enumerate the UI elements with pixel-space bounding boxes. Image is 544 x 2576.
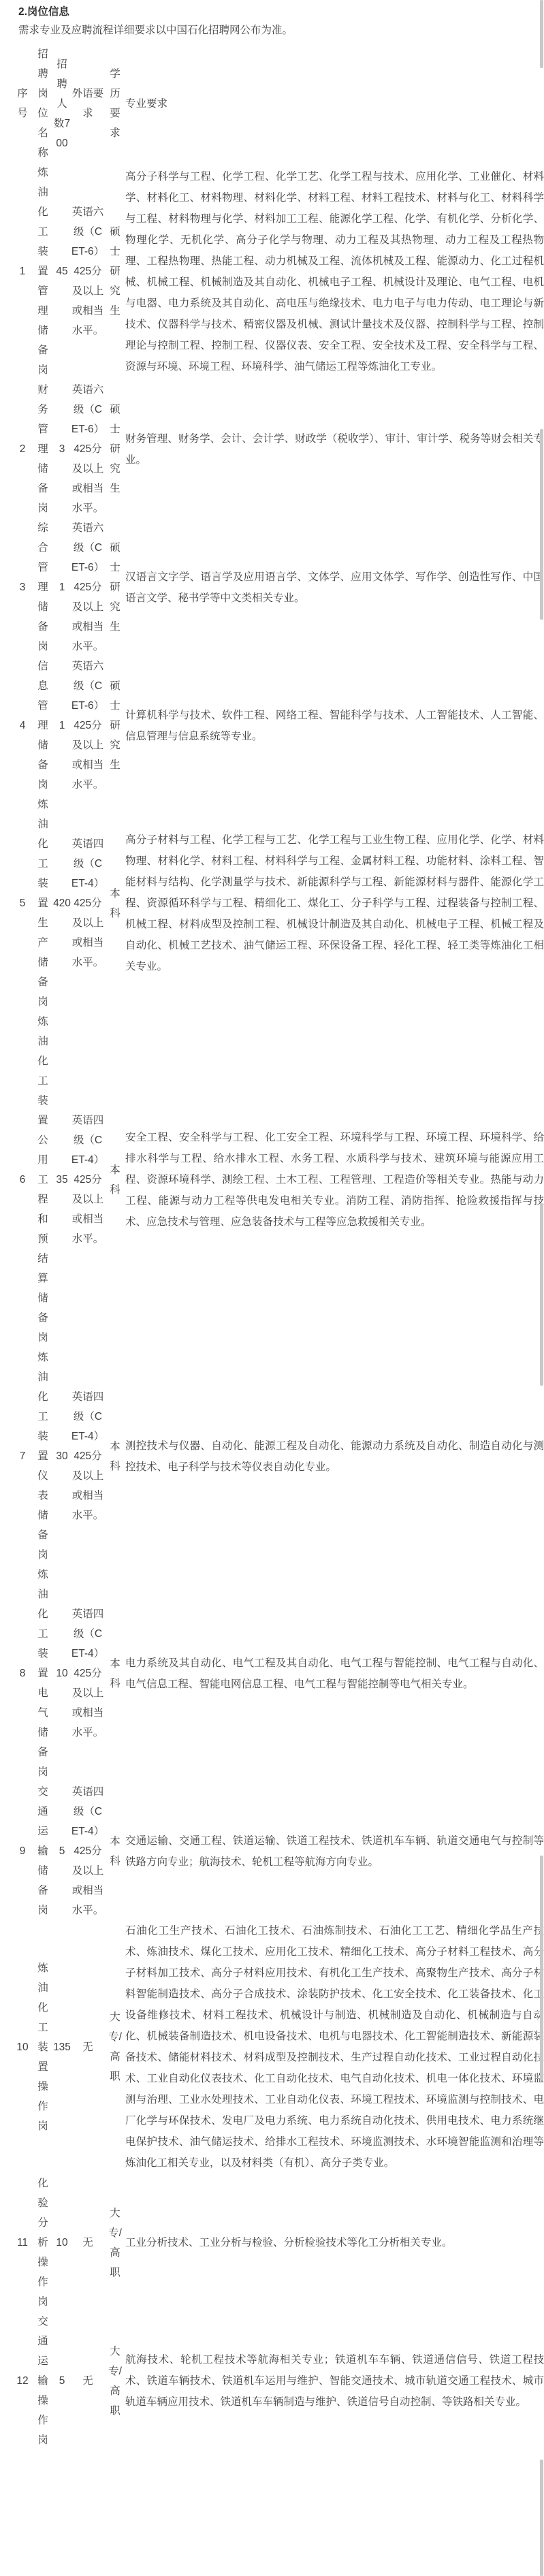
table-row: 2 财务管理储备岗 3 英语六级（CET-6）425分及以上或相当水平。 硕士研… — [12, 380, 544, 518]
table-row: 9 交通运输储备岗 5 英语四级（CET-4）425分及以上或相当水平。 本科 … — [12, 1782, 544, 1920]
cell-headcount: 30 — [53, 1348, 71, 1565]
cell-position: 化验分析操作岗 — [33, 2174, 53, 2312]
cell-seq: 8 — [12, 1565, 33, 1782]
cell-education: 硕士研究生 — [105, 380, 125, 518]
scrollbar-thumb[interactable] — [540, 2460, 543, 2576]
table-row: 6 炼油化工装置公用工程和预结算储备岗 35 英语四级（CET-4）425分及以… — [12, 1012, 544, 1348]
cell-education: 本科 — [105, 1348, 125, 1565]
cell-major: 测控技术与仪器、自动化、能源工程及自动化、能源动力系统及自动化、制造自动化与测控… — [125, 1348, 544, 1565]
cell-position: 财务管理储备岗 — [33, 380, 53, 518]
cell-headcount: 45 — [53, 163, 71, 380]
cell-major: 汉语言文字学、语言学及应用语言学、文体学、应用文体学、写作学、创造性写作、中国语… — [125, 518, 544, 656]
cell-language: 英语四级（CET-4）425分及以上或相当水平。 — [71, 795, 105, 1012]
cell-seq: 4 — [12, 656, 33, 795]
cell-language: 英语四级（CET-4）425分及以上或相当水平。 — [71, 1348, 105, 1565]
positions-table: 序号 招聘岗位名称 招聘人数700 外语要求 学历要求 专业要求 1 炼油化工装… — [12, 44, 544, 2450]
cell-position: 炼油化工装置仪表储备岗 — [33, 1348, 53, 1565]
section-title: 2.岗位信息 — [18, 4, 544, 20]
table-row: 11 化验分析操作岗 10 无 大专/高职 工业分析技术、工业分析与检验、分析检… — [12, 2174, 544, 2312]
cell-headcount: 10 — [53, 1565, 71, 1782]
header-education: 学历要求 — [105, 44, 125, 163]
cell-major: 石油化工生产技术、石油化工技术、石油炼制技术、石油化工工艺、精细化学品生产技术、… — [125, 1920, 544, 2174]
cell-headcount: 420 — [53, 795, 71, 1012]
cell-language: 英语六级（CET-6）425分及以上或相当水平。 — [71, 518, 105, 656]
cell-education: 硕士研究生 — [105, 163, 125, 380]
table-row: 10 炼油化工装置操作岗 135 无 大专/高职 石油化工生产技术、石油化工技术… — [12, 1920, 544, 2174]
cell-education: 硕士研究生 — [105, 656, 125, 795]
cell-language: 英语六级（CET-6）425分及以上或相当水平。 — [71, 656, 105, 795]
page: 2.岗位信息 需求专业及应聘流程详细要求以中国石化招聘网公布为准。 序号 招聘岗… — [0, 0, 544, 2576]
cell-major: 电力系统及其自动化、电气工程及其自动化、电气工程与智能控制、电气工程与自动化、电… — [125, 1565, 544, 1782]
cell-major: 高分子材料与工程、化学工程与工艺、化学工程与工业生物工程、应用化学、化学、材料物… — [125, 795, 544, 1012]
cell-major: 安全工程、安全科学与工程、化工安全工程、环境科学与工程、环境工程、环境科学、给排… — [125, 1012, 544, 1348]
scrollbar-thumb[interactable] — [540, 429, 543, 620]
table-row: 12 交通运输操作岗 5 无 大专/高职 航海技术、轮机工程技术等航海相关专业；… — [12, 2312, 544, 2450]
cell-position: 交通运输操作岗 — [33, 2312, 53, 2450]
cell-language: 无 — [71, 1920, 105, 2174]
cell-education: 硕士研究生 — [105, 518, 125, 656]
cell-major: 交通运输、交通工程、铁道运输、铁道工程技术、铁道机车车辆、轨道交通电气与控制等铁… — [125, 1782, 544, 1920]
cell-major: 工业分析技术、工业分析与检验、分析检验技术等化工分析相关专业。 — [125, 2174, 544, 2312]
cell-seq: 6 — [12, 1012, 33, 1348]
section-note: 需求专业及应聘流程详细要求以中国石化招聘网公布为准。 — [18, 22, 544, 39]
scrollbar-thumb[interactable] — [540, 0, 543, 68]
cell-headcount: 1 — [53, 656, 71, 795]
scrollbar-thumb[interactable] — [540, 1856, 543, 2080]
cell-headcount: 35 — [53, 1012, 71, 1348]
header-major: 专业要求 — [125, 44, 544, 163]
cell-language: 无 — [71, 2174, 105, 2312]
header-language: 外语要求 — [71, 44, 105, 163]
cell-position: 交通运输储备岗 — [33, 1782, 53, 1920]
cell-major: 高分子科学与工程、化学工程、化学工艺、化学工程与技术、应用化学、工业催化、材料学… — [125, 163, 544, 380]
cell-major: 财务管理、财务学、会计、会计学、财政学（税收学）、审计、审计学、税务等财会相关专… — [125, 380, 544, 518]
cell-education: 大专/高职 — [105, 2312, 125, 2450]
cell-position: 炼油化工装置生产储备岗 — [33, 795, 53, 1012]
cell-seq: 5 — [12, 795, 33, 1012]
cell-seq: 2 — [12, 380, 33, 518]
cell-language: 英语四级（CET-4）425分及以上或相当水平。 — [71, 1565, 105, 1782]
cell-position: 炼油化工装置电气储备岗 — [33, 1565, 53, 1782]
cell-major: 航海技术、轮机工程技术等航海相关专业；铁道机车车辆、铁道通信信号、铁道工程技术、… — [125, 2312, 544, 2450]
cell-position: 综合管理储备岗 — [33, 518, 53, 656]
cell-seq: 7 — [12, 1348, 33, 1565]
cell-seq: 11 — [12, 2174, 33, 2312]
header-headcount: 招聘人数700 — [53, 44, 71, 163]
table-row: 1 炼油化工装置管理储备岗 45 英语六级（CET-6）425分及以上或相当水平… — [12, 163, 544, 380]
cell-language: 英语六级（CET-6）425分及以上或相当水平。 — [71, 380, 105, 518]
cell-headcount: 135 — [53, 1920, 71, 2174]
header-seq: 序号 — [12, 44, 33, 163]
cell-major: 计算机科学与技术、软件工程、网络工程、智能科学与技术、人工智能技术、人工智能、信… — [125, 656, 544, 795]
header-position: 招聘岗位名称 — [33, 44, 53, 163]
cell-headcount: 10 — [53, 2174, 71, 2312]
cell-education: 本科 — [105, 1012, 125, 1348]
cell-education: 本科 — [105, 1782, 125, 1920]
cell-headcount: 1 — [53, 518, 71, 656]
cell-language: 英语四级（CET-4）425分及以上或相当水平。 — [71, 1012, 105, 1348]
cell-language: 英语六级（CET-6）425分及以上或相当水平。 — [71, 163, 105, 380]
table-row: 3 综合管理储备岗 1 英语六级（CET-6）425分及以上或相当水平。 硕士研… — [12, 518, 544, 656]
table-row: 5 炼油化工装置生产储备岗 420 英语四级（CET-4）425分及以上或相当水… — [12, 795, 544, 1012]
cell-seq: 9 — [12, 1782, 33, 1920]
cell-seq: 3 — [12, 518, 33, 656]
cell-language: 英语四级（CET-4）425分及以上或相当水平。 — [71, 1782, 105, 1920]
cell-position: 信息管理储备岗 — [33, 656, 53, 795]
cell-position: 炼油化工装置操作岗 — [33, 1920, 53, 2174]
cell-headcount: 3 — [53, 380, 71, 518]
cell-seq: 1 — [12, 163, 33, 380]
cell-position: 炼油化工装置公用工程和预结算储备岗 — [33, 1012, 53, 1348]
cell-seq: 10 — [12, 1920, 33, 2174]
table-row: 8 炼油化工装置电气储备岗 10 英语四级（CET-4）425分及以上或相当水平… — [12, 1565, 544, 1782]
cell-position: 炼油化工装置管理储备岗 — [33, 163, 53, 380]
cell-education: 大专/高职 — [105, 2174, 125, 2312]
table-row: 7 炼油化工装置仪表储备岗 30 英语四级（CET-4）425分及以上或相当水平… — [12, 1348, 544, 1565]
cell-seq: 12 — [12, 2312, 33, 2450]
cell-education: 本科 — [105, 1565, 125, 1782]
cell-language: 无 — [71, 2312, 105, 2450]
header-row: 序号 招聘岗位名称 招聘人数700 外语要求 学历要求 专业要求 — [12, 44, 544, 163]
cell-headcount: 5 — [53, 2312, 71, 2450]
cell-headcount: 5 — [53, 1782, 71, 1920]
cell-education: 本科 — [105, 795, 125, 1012]
cell-education: 大专/高职 — [105, 1920, 125, 2174]
table-row: 4 信息管理储备岗 1 英语六级（CET-6）425分及以上或相当水平。 硕士研… — [12, 656, 544, 795]
scrollbar-thumb[interactable] — [540, 1203, 543, 1386]
